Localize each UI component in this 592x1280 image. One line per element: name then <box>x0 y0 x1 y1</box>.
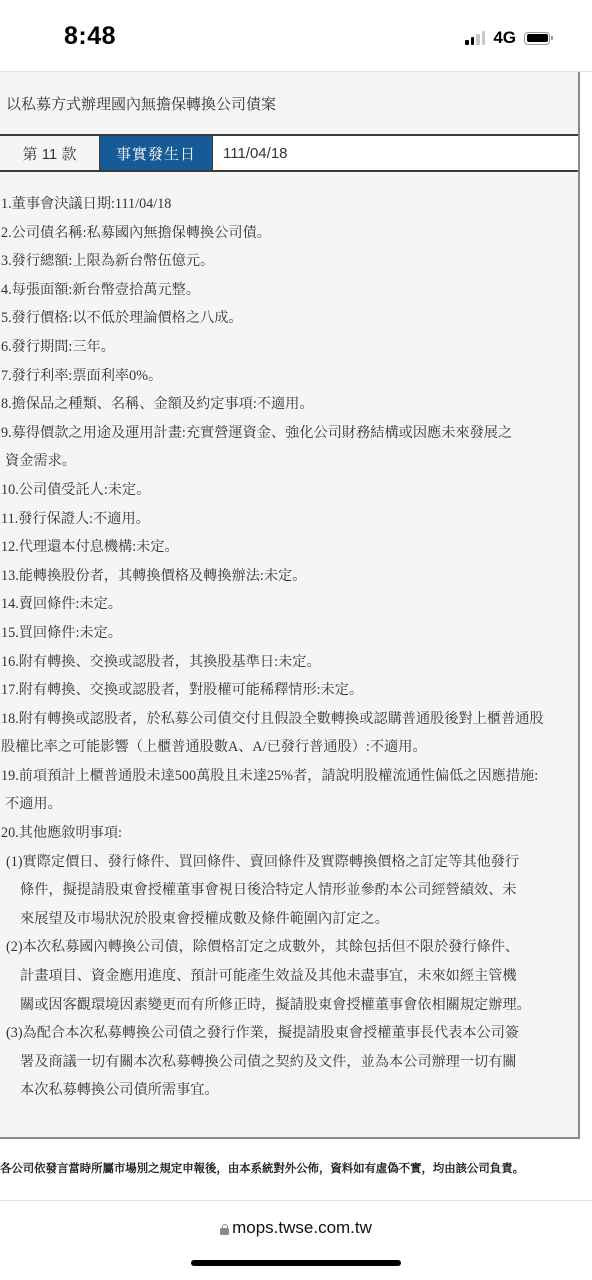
lock-icon <box>220 1224 229 1235</box>
body-line: 3.發行總額:上限為新台幣伍億元。 <box>0 247 578 276</box>
sub-item-line-continued: 計畫項目、資金應用進度、預計可能產生效益及其他未盡事宜，未來如經主管機 <box>0 962 578 991</box>
body-line: 14.賣回條件:未定。 <box>0 590 578 619</box>
sub-item-line: (2)本次私募國內轉換公司債，除價格訂定之成數外，其餘包括但不限於發行條件、 <box>0 933 578 962</box>
body-line: 6.發行期間:三年。 <box>0 333 578 362</box>
date-label: 事實發生日 <box>100 136 213 170</box>
clause-number: 第 11 款 <box>0 136 100 170</box>
date-value: 111/04/18 <box>213 136 578 170</box>
body-line: 16.附有轉換、交換或認股者，其換股基準日:未定。 <box>0 648 578 677</box>
body-line: 18.附有轉換或認股者，於私募公司債交付且假設全數轉換或認購普通股後對上櫃普通股 <box>0 705 578 734</box>
body-line: 10.公司債受託人:未定。 <box>0 476 578 505</box>
body-line-continued: 不適用。 <box>0 790 578 819</box>
sub-item-line-continued: 條件，擬提請股東會授權董事會視日後洽特定人情形並參酌本公司經營績效、未 <box>0 876 578 905</box>
announcement-panel: 以私募方式辦理國內無擔保轉換公司債案 第 11 款 事實發生日 111/04/1… <box>0 72 580 1139</box>
body-line: 5.發行價格:以不低於理論價格之八成。 <box>0 304 578 333</box>
body-line: 15.買回條件:未定。 <box>0 619 578 648</box>
body-line-continued: 資金需求。 <box>0 447 578 476</box>
body-line: 7.發行利率:票面利率0%。 <box>0 362 578 391</box>
body-line: 8.擔保品之種類、名稱、金額及約定事項:不適用。 <box>0 390 578 419</box>
disclaimer-text: 各公司依發言當時所屬市場別之規定申報後，由本系統對外公佈，資料如有虛偽不實，均由… <box>0 1160 592 1176</box>
address-bar[interactable]: mops.twse.com.tw <box>0 1218 592 1238</box>
body-line: 9.募得價款之用途及運用計畫:充實營運資金、強化公司財務結構或因應未來發展之 <box>0 419 578 448</box>
battery-icon <box>524 32 550 45</box>
sub-item-line: (3)為配合本次私募轉換公司債之發行作業，擬提請股東會授權董事長代表本公司簽 <box>0 1019 578 1048</box>
announcement-title: 以私募方式辦理國內無擔保轉換公司債案 <box>0 72 578 134</box>
url-text[interactable]: mops.twse.com.tw <box>232 1218 372 1238</box>
body-line: 4.每張面額:新台幣壹拾萬元整。 <box>0 276 578 305</box>
sub-item-line-continued: 來展望及市場狀況於股東會授權成數及條件範圍內訂定之。 <box>0 905 578 934</box>
sub-item-line-continued: 署及商議一切有關本次私募轉換公司債之契約及文件，並為本公司辦理一切有關 <box>0 1048 578 1077</box>
sub-item-line-continued: 本次私募轉換公司債所需事宜。 <box>0 1076 578 1105</box>
body-line: 20.其他應敘明事項: <box>0 819 578 848</box>
body-line: 2.公司債名稱:私募國內無擔保轉換公司債。 <box>0 219 578 248</box>
status-time: 8:48 <box>64 22 116 51</box>
body-line-continued: 股權比率之可能影響（上櫃普通股數A、A/已發行普通股）:不適用。 <box>0 733 578 762</box>
announcement-body: 1.董事會決議日期:111/04/18 2.公司債名稱:私募國內無擔保轉換公司債… <box>0 190 578 1105</box>
body-line: 19.前項預計上櫃普通股未達500萬股且未達25%者，請說明股權流通性偏低之因應… <box>0 762 578 791</box>
sub-item-line-continued: 關或因客觀環境因素變更而有所修正時，擬請股東會授權董事會依相關規定辦理。 <box>0 991 578 1020</box>
announcement-meta-row: 第 11 款 事實發生日 111/04/18 <box>0 134 578 172</box>
divider <box>0 1200 592 1201</box>
network-type: 4G <box>493 28 516 48</box>
body-line: 12.代理還本付息機構:未定。 <box>0 533 578 562</box>
status-bar: 8:48 4G <box>0 0 592 72</box>
status-indicators: 4G <box>465 28 550 48</box>
body-line: 17.附有轉換、交換或認股者，對股權可能稀釋情形:未定。 <box>0 676 578 705</box>
body-line: 11.發行保證人:不適用。 <box>0 505 578 534</box>
sub-item-line: (1)實際定價日、發行條件、買回條件、賣回條件及實際轉換價格之訂定等其他發行 <box>0 848 578 877</box>
body-line: 1.董事會決議日期:111/04/18 <box>0 190 578 219</box>
body-line: 13.能轉換股份者，其轉換價格及轉換辦法:未定。 <box>0 562 578 591</box>
home-indicator[interactable] <box>191 1260 401 1266</box>
cellular-signal-icon <box>465 31 485 45</box>
